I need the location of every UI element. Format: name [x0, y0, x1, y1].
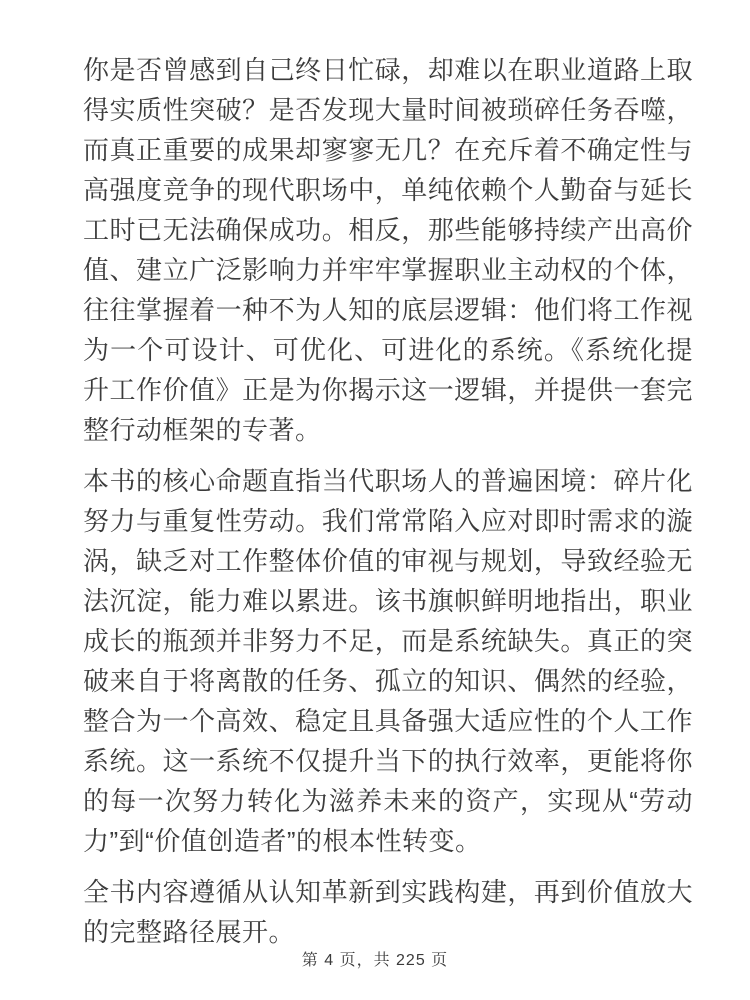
page-number-indicator: 第 4 页，共 225 页 — [0, 947, 750, 970]
paragraph-1: 你是否曾感到自己终日忙碌，却难以在职业道路上取得实质性突破？是否发现大量时间被琐… — [83, 50, 693, 450]
document-page-content: 你是否曾感到自己终日忙碌，却难以在职业道路上取得实质性突破？是否发现大量时间被琐… — [83, 50, 693, 950]
paragraph-3: 全书内容遵循从认知革新到实践构建，再到价值放大的完整路径展开。 — [83, 872, 693, 950]
paragraph-2: 本书的核心命题直指当代职场人的普遍困境：碎片化努力与重复性劳动。我们常常陷入应对… — [83, 461, 693, 861]
